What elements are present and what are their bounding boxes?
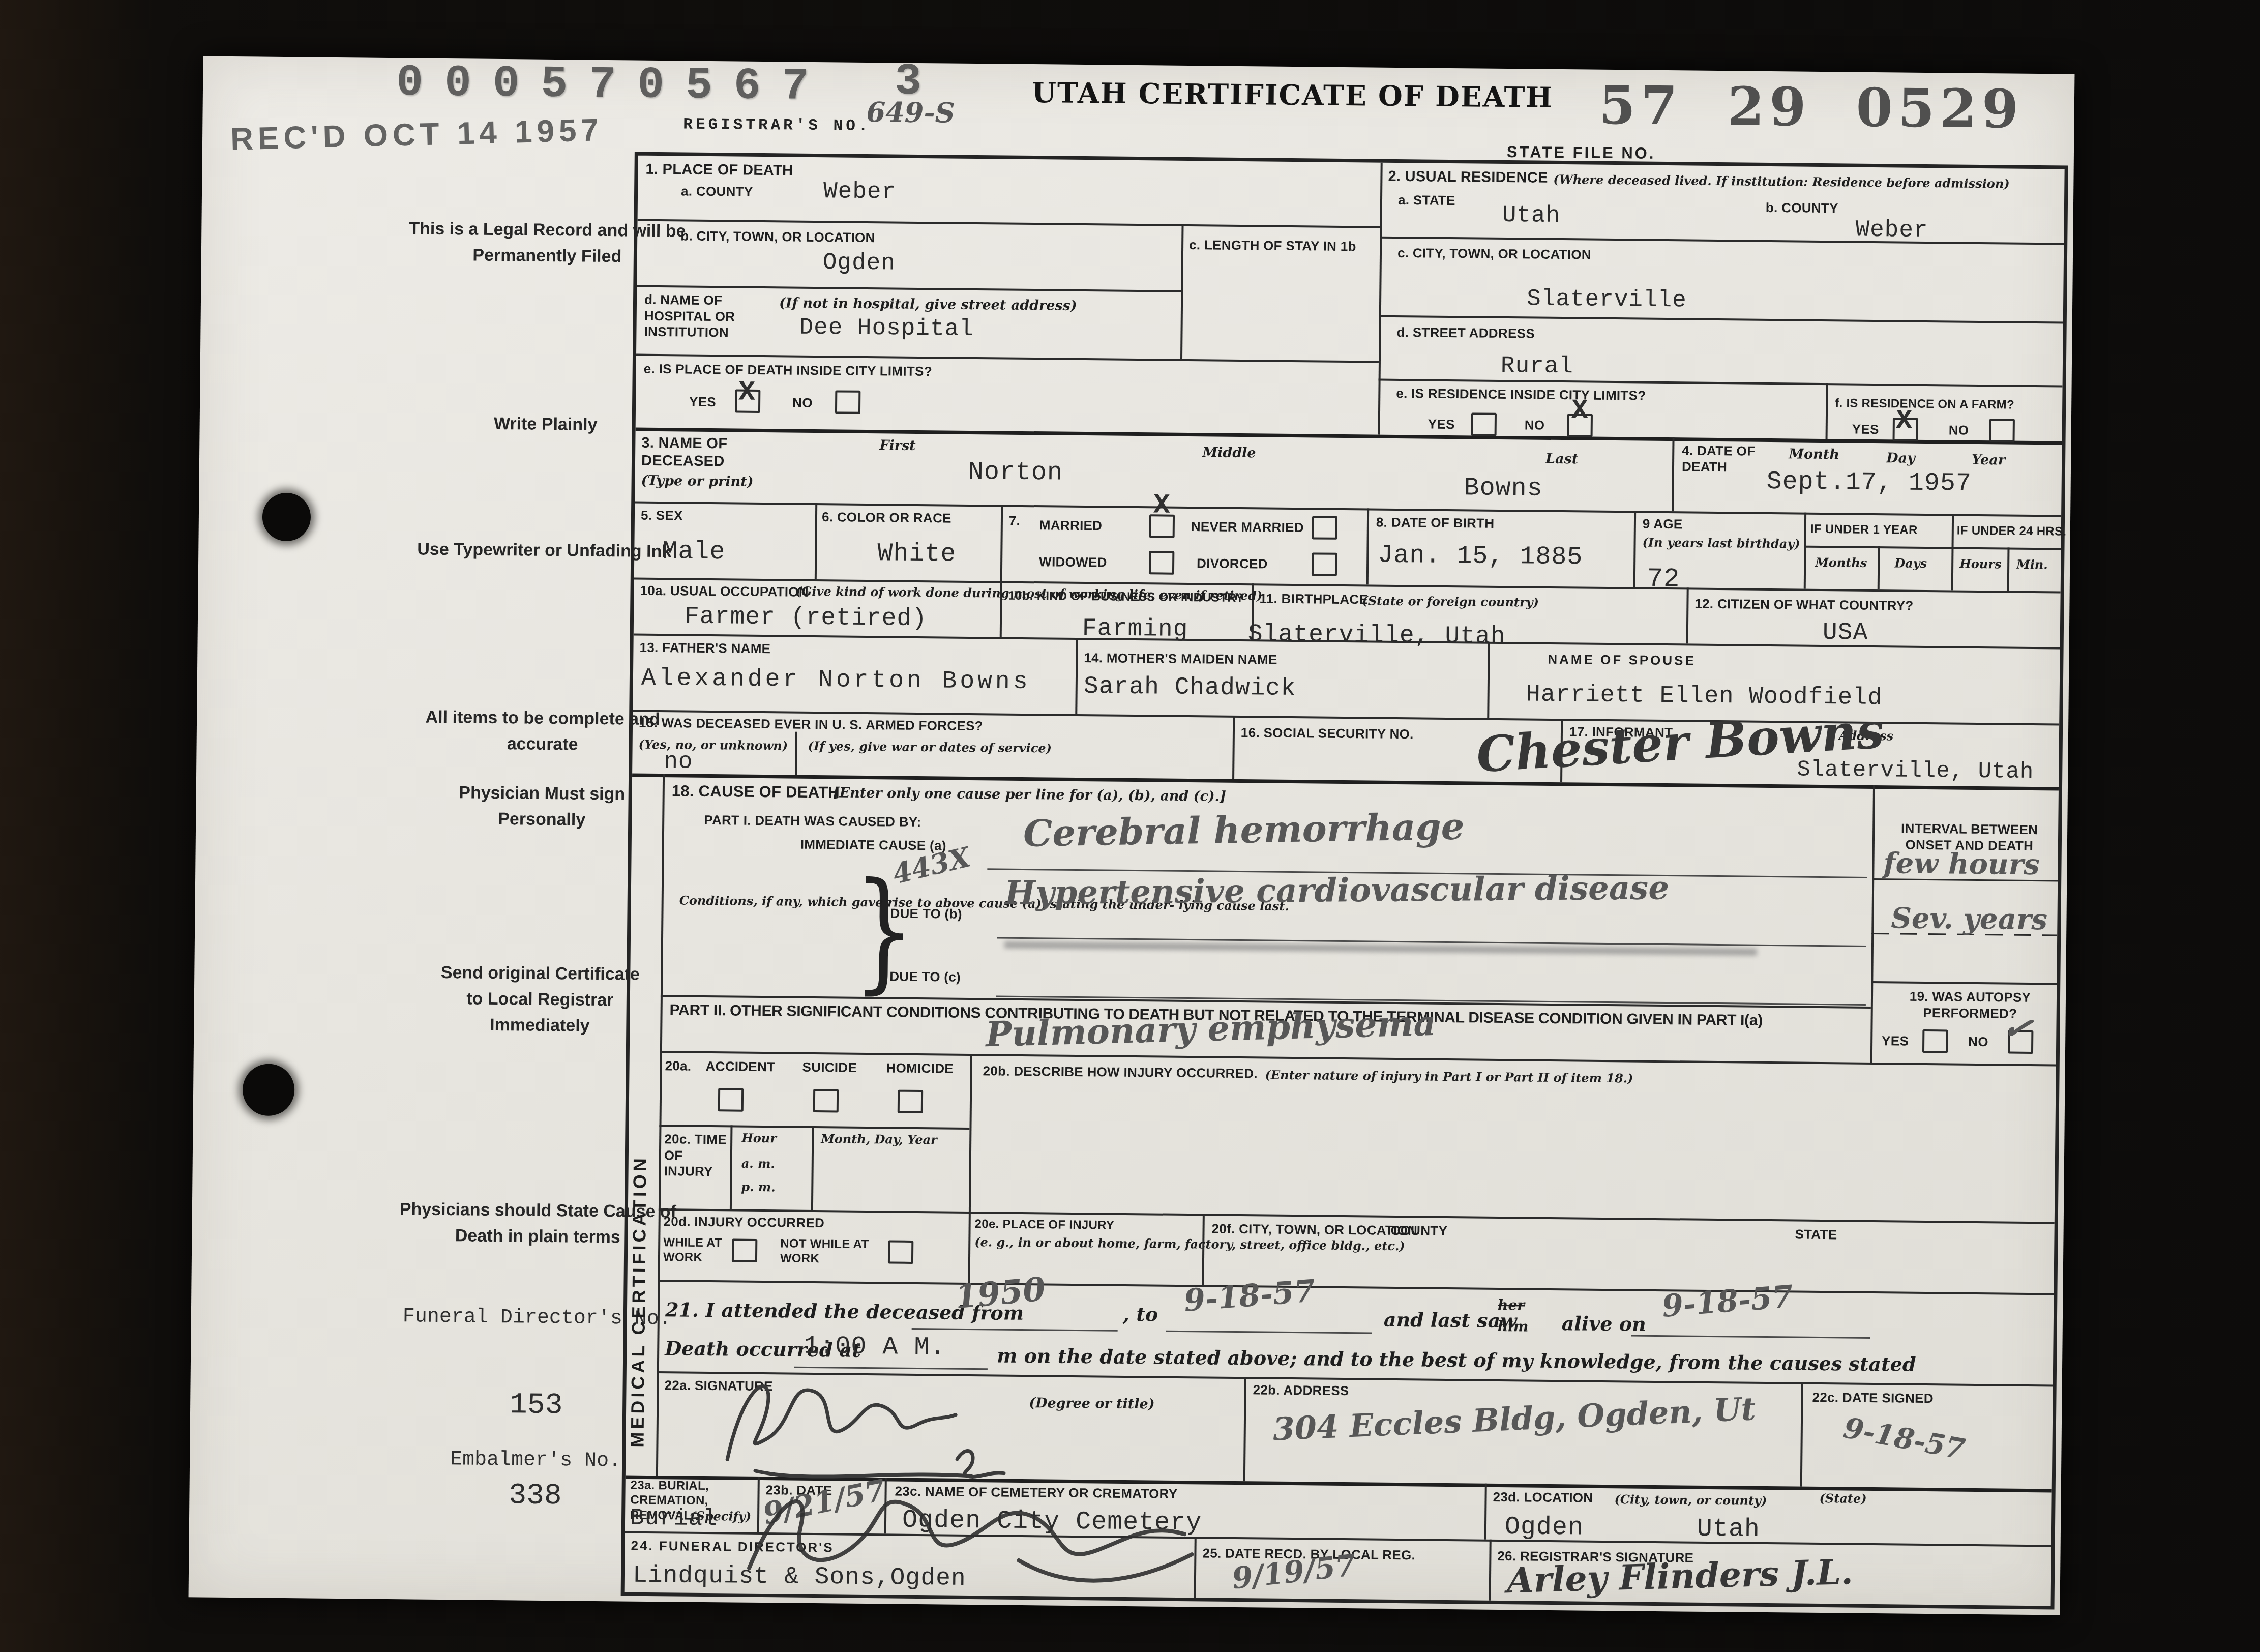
no-label: NO [792, 395, 813, 411]
divider [815, 503, 817, 579]
divider [1672, 437, 1674, 511]
describe-injury-label: 20b. DESCRIBE HOW INJURY OCCURRED. [983, 1063, 1258, 1082]
last-attended-value: 9-18-57 [1183, 1276, 1316, 1316]
registrars-no-value: 649-S [866, 98, 955, 127]
time-of-injury-label: 20c. TIME OF INJURY [664, 1131, 733, 1180]
divider [1804, 513, 1806, 589]
punch-hole-bottom [243, 1064, 295, 1116]
to-label: , to [1123, 1302, 1158, 1327]
date-signed-value: 9-18-57 [1841, 1413, 1967, 1464]
pm-label: p. m. [741, 1179, 776, 1195]
burial-value: Burial [630, 1507, 718, 1531]
birthplace-note: (State or foreign country) [1362, 593, 1539, 610]
not-while-at-work-checkbox [888, 1240, 913, 1263]
under-24-hrs-label: IF UNDER 24 HRS. [1957, 523, 2067, 539]
yes-x-mark: X [738, 379, 755, 407]
margin-note-physician-sign: Physician Must sign Personally [435, 780, 649, 834]
month-day-year-label: Month, Day, Year [821, 1131, 937, 1147]
usual-residence-title: 2. USUAL RESIDENCE [1388, 168, 1548, 187]
fathers-name-value: Alexander Norton Bowns [641, 666, 1031, 694]
birthplace-value: Slaterville, Utah [1248, 622, 1506, 649]
name-of-deceased-label: 3. NAME OF DECEASED [641, 434, 761, 471]
under-1-year-label: IF UNDER 1 YEAR [1810, 522, 1918, 538]
state-value: Utah [1502, 203, 1561, 227]
divider [659, 1208, 2055, 1224]
date-of-bir th-label: 8. DATE OF BIRTH [1376, 515, 1495, 532]
hospital-value: Dee Hospital [799, 316, 974, 341]
divider [1232, 716, 1235, 779]
registrar-signature-value: Arley Flinders J.L. [1506, 1555, 1853, 1598]
her-label: her [1498, 1296, 1525, 1315]
mothers-maiden-name-value: Sarah Chadwick [1084, 674, 1296, 701]
injury-20a-label: 20a. [665, 1058, 691, 1074]
divider [638, 219, 1380, 228]
received-date-stamp: REC'D OCT 14 1957 [230, 114, 603, 156]
cause-of-death-note: [Enter only one cause per line for (a), … [833, 784, 1226, 806]
burial-city-value: Ogden [1505, 1515, 1584, 1541]
inside-city-limits-label: e. IS PLACE OF DEATH INSIDE CITY LIMITS? [644, 361, 932, 380]
divider [658, 1280, 2054, 1295]
homicide-checkbox [898, 1090, 923, 1113]
divider [1075, 638, 1078, 714]
blank-line [1166, 1331, 1372, 1334]
armed-forces-note2: (If yes, give war or dates of service) [808, 738, 1052, 756]
year-label: Year [1972, 451, 2005, 469]
color-race-value: White [877, 541, 957, 567]
birthplace-label: 11. BIRTHPLACE [1259, 591, 1368, 608]
state-file-no-label: STATE FILE NO. [1507, 144, 1656, 161]
citizen-label: 12. CITIZEN OF WHAT COUNTRY? [1694, 596, 1913, 614]
divider [1243, 1377, 1246, 1481]
while-at-work-label: WHILE AT WORK [663, 1235, 725, 1265]
last-name-value: Bowns [1464, 476, 1543, 501]
divider [1826, 383, 1828, 439]
punch-hole-top [262, 493, 311, 542]
margin-note-typewriter: Use Typewriter or Unfading Ink [402, 536, 687, 565]
certificate-form: MEDICAL CERTIFICATION 1. PLACE OF DEATH … [621, 152, 2068, 1610]
divider [1489, 1540, 1492, 1601]
hospital-label: d. NAME OF HOSPITAL OR INSTITUTION [644, 292, 769, 342]
place-of-injury-label: 20e. PLACE OF INJURY [975, 1217, 1115, 1233]
divider [968, 1054, 972, 1283]
hour-label: Hour [741, 1130, 777, 1146]
hours-label: Hours [1959, 556, 2002, 572]
yes-x-mark: X [1896, 407, 1913, 435]
divider [1180, 224, 1184, 359]
divider [1633, 511, 1636, 587]
age-label: 9 AGE [1643, 516, 1683, 533]
blank-line [1631, 1335, 1870, 1339]
divider [1878, 546, 1880, 589]
no-label: NO [1949, 422, 1969, 438]
widowed-checkbox [1149, 551, 1174, 574]
day-label: Day [1886, 449, 1915, 467]
middle-name-label: Middle [1202, 444, 1256, 462]
immediate-cause-value: Cerebral hemorrhage [1023, 808, 1465, 852]
yes-label: YES [1882, 1033, 1909, 1049]
injury-city-label: 20f. CITY, TOWN, OR LOCATION [1211, 1221, 1417, 1240]
part2-value: Pulmonary emphysema [985, 1006, 1436, 1052]
no-checkbox [835, 390, 860, 414]
first-name-label: First [879, 436, 916, 455]
month-label: Month [1789, 445, 1839, 463]
divider [1487, 642, 1490, 718]
divider [1871, 981, 2057, 985]
interval-a-value: few hours [1883, 849, 2040, 879]
alive-on-label: alive on [1562, 1311, 1646, 1337]
scanned-death-certificate: REC'D OCT 14 1957 000570567 3 REGISTRAR'… [0, 0, 2260, 1652]
length-of-stay-label: c. LENGTH OF STAY IN 1b [1189, 237, 1372, 255]
divider [1000, 505, 1003, 581]
residence-city-label: c. CITY, TOWN, OR LOCATION [1397, 245, 1591, 263]
hospital-note: (If not in hospital, give street address… [779, 294, 1077, 315]
social-security-label: 16. SOCIAL SECURITY NO. [1241, 725, 1414, 743]
suicide-label: SUICIDE [802, 1059, 857, 1076]
color-race-label: 6. COLOR OR RACE [822, 509, 951, 526]
street-address-value: Rural [1501, 354, 1573, 378]
no-label: NO [1968, 1034, 1988, 1050]
never-married-label: NEVER MARRIED [1191, 519, 1304, 536]
street-address-label: d. STREET ADDRESS [1396, 324, 1535, 342]
married-x-mark: X [1153, 492, 1170, 519]
date-stated-label: m on the date stated above; and to the b… [997, 1343, 1916, 1377]
divider [795, 732, 797, 775]
due-to-c-label: DUE TO (c) [889, 968, 961, 985]
margin-note-send-original: Send original Certificate to Local Regis… [433, 960, 647, 1040]
margin-note-legal-record: This is a Legal Record and will be Perma… [405, 216, 690, 270]
medical-certification-label: MEDICAL CERTIFICATION [627, 939, 653, 1448]
no-label: NO [1525, 417, 1545, 433]
first-name-value: Norton [968, 460, 1063, 486]
residence-city-value: Slaterville [1527, 287, 1687, 312]
divorced-checkbox [1312, 552, 1337, 576]
date-of-birth-value: Jan. 15, 1885 [1378, 543, 1583, 571]
suicide-checkbox [813, 1089, 839, 1112]
place-of-injury-note: (e. g., in or about home, farm, factory,… [974, 1234, 1193, 1252]
date-signed-label: 22c. DATE SIGNED [1812, 1390, 1934, 1407]
fathers-name-label: 13. FATHER'S NAME [639, 640, 770, 657]
mothers-maiden-name-label: 14. MOTHER'S MAIDEN NAME [1084, 650, 1277, 668]
divider [1366, 508, 1369, 584]
divider [1379, 315, 2063, 324]
city-value: Ogden [823, 251, 896, 275]
yes-checkbox [1471, 412, 1497, 436]
no-checkbox [1989, 419, 2015, 442]
days-label: Days [1894, 555, 1927, 571]
widowed-label: WIDOWED [1039, 554, 1107, 571]
accident-label: ACCIDENT [705, 1058, 775, 1075]
registrars-no-label: REGISTRAR'S NO. [683, 116, 871, 134]
residence-city-limits-label: e. IS RESIDENCE INSIDE CITY LIMITS? [1396, 386, 1646, 404]
no-x-mark: X [1571, 397, 1588, 425]
divider [1951, 514, 1954, 590]
burial-location-note: (City, town, or county) [1614, 1491, 1767, 1509]
yes-label: YES [689, 394, 716, 410]
degree-title-note: (Degree or title) [1029, 1394, 1155, 1413]
divider [660, 1051, 2056, 1066]
injury-county-label: COUNTY [1390, 1223, 1447, 1240]
burial-state-note: (State) [1819, 1490, 1866, 1507]
last-saw-alive-value: 9-18-57 [1661, 1281, 1794, 1322]
divider [637, 285, 1181, 292]
attended-from-value: 1950 [954, 1273, 1047, 1314]
city-label: b. CITY, TOWN, OR LOCATION [680, 228, 875, 246]
divider [1804, 546, 2061, 550]
last-name-label: Last [1545, 450, 1578, 468]
divider [1380, 237, 2064, 245]
date-of-death-label: 4. DATE OF DEATH [1682, 442, 1766, 476]
blank-line [912, 1328, 1118, 1332]
embalmers-no-label: Embalmer's No. [393, 1445, 678, 1476]
state-label: a. STATE [1398, 192, 1455, 209]
cause-of-death-label: 18. CAUSE OF DEATH [672, 781, 840, 802]
marital-number-label: 7. [1009, 513, 1021, 529]
address-label: 22b. ADDRESS [1253, 1382, 1349, 1399]
homicide-label: HOMICIDE [886, 1060, 954, 1077]
date-of-death-value: Sept.17, 1957 [1766, 469, 1972, 497]
divider [2007, 548, 2010, 591]
business-industry-label: 10b. KIND OF BUSINESS OR INDUSTRY [1008, 588, 1244, 606]
due-to-b-label: DUE TO (b) [890, 905, 962, 922]
usual-occupation-note: (Give kind of work done during most of w… [795, 583, 994, 601]
never-married-checkbox [1312, 516, 1337, 539]
age-value: 72 [1647, 566, 1680, 593]
interval-b-value: Sev. years [1891, 904, 2047, 934]
divider [659, 1125, 969, 1130]
divider [811, 1126, 814, 1210]
armed-forces-value: no [664, 750, 693, 774]
married-label: MARRIED [1039, 517, 1103, 534]
divider [1686, 587, 1689, 643]
him-label: him [1498, 1317, 1529, 1336]
citizen-value: USA [1823, 621, 1868, 645]
while-at-work-checkbox [732, 1238, 757, 1262]
am-label: a. m. [741, 1156, 775, 1172]
describe-injury-note: (Enter nature of injury in Part I or Par… [1265, 1067, 1633, 1086]
armed-forces-label: 15. WAS DECEASED EVER IN U. S. ARMED FOR… [639, 715, 983, 734]
months-label: Months [1815, 554, 1867, 571]
type-or-print-note: (Type or print) [641, 472, 753, 491]
certificate-title: UTAH CERTIFICATE OF DEATH [1032, 78, 1551, 111]
residence-county-value: Weber [1855, 218, 1928, 242]
address-value: 304 Eccles Bldg, Ogden, Ut [1272, 1393, 1756, 1445]
place-of-death-title: 1. PLACE OF DEATH [645, 161, 793, 180]
armed-forces-note1: (Yes, no, or unknown) [639, 736, 788, 754]
divorced-label: DIVORCED [1197, 555, 1268, 572]
injury-state-label: STATE [1795, 1227, 1837, 1244]
age-note: (In years last birthday) [1642, 535, 1795, 552]
part1-label: PART I. DEATH WAS CAUSED BY: [704, 812, 921, 831]
sex-value: Male [662, 539, 726, 565]
min-label: Min. [2016, 556, 2048, 573]
due-to-b-value: Hypertensive cardiovascular disease [1005, 872, 1670, 909]
yes-checkbox [1922, 1029, 1948, 1053]
residence-county-label: b. COUNTY [1766, 200, 1838, 217]
burial-state-value: Utah [1697, 1517, 1761, 1543]
divider [1378, 163, 1383, 435]
usual-residence-note: (Where deceased lived. If institution: R… [1553, 171, 2010, 192]
divider [1870, 785, 1875, 1063]
usual-occupation-value: Farmer (retired) [685, 605, 927, 632]
sex-label: 5. SEX [641, 508, 683, 524]
divider [636, 428, 2062, 445]
county-value: Weber [823, 180, 896, 203]
divider [1800, 1382, 1803, 1487]
funeral-director-signature [734, 1471, 1203, 1603]
yes-label: YES [1428, 417, 1455, 433]
divider [1484, 1484, 1487, 1540]
county-label: a. COUNTY [681, 183, 753, 200]
certificate-paper: REC'D OCT 14 1957 000570567 3 REGISTRAR'… [189, 56, 2075, 1615]
not-while-at-work-label: NOT WHILE AT WORK [780, 1236, 875, 1266]
burial-location-label: 23d. LOCATION [1493, 1489, 1593, 1507]
name-of-spouse-label: NAME OF SPOUSE [1548, 652, 1696, 669]
physician-signature [707, 1352, 1023, 1483]
business-industry-value: Farming [1082, 616, 1188, 642]
state-file-no-value: 57 29 0529 [1598, 79, 2024, 136]
accident-checkbox [718, 1088, 744, 1111]
usual-occupation-label: 10a. USUAL OCCUPATION [640, 583, 809, 601]
yes-label: YES [1852, 422, 1879, 438]
residence-farm-label: f. IS RESIDENCE ON A FARM? [1835, 396, 2014, 412]
conditions-note: Conditions, if any, which gave rise to a… [679, 892, 860, 910]
injury-occurred-label: 20d. INJURY OCCURRED [664, 1214, 825, 1231]
informant-address-value: Slaterville, Utah [1797, 759, 2034, 783]
serial-number-stamp: 000570567 [396, 61, 830, 110]
